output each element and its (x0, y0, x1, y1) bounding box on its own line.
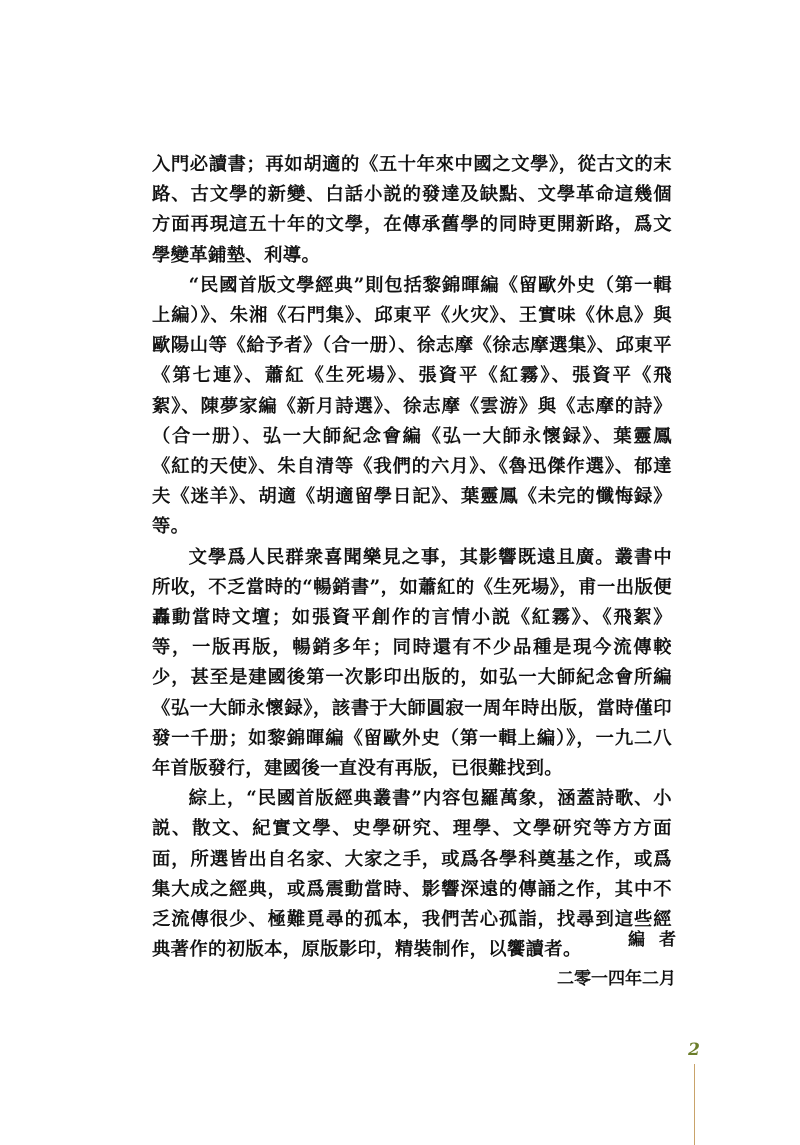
signature-block: 編者 二零一四年二月 (557, 925, 676, 994)
document-body: 入門必讀書；再如胡適的《五十年來中國之文學》，從古文的末路、古文學的新變、白話小… (152, 150, 672, 965)
page-margin-rule (694, 1064, 695, 1145)
signature-date: 二零一四年二月 (557, 964, 676, 994)
paragraph-3: 文學爲人民群衆喜聞樂見之事，其影響既遠且廣。叢書中所收，不乏當時的“暢銷書”，如… (152, 543, 672, 785)
paragraph-1: 入門必讀書；再如胡適的《五十年來中國之文學》，從古文的末路、古文學的新變、白話小… (152, 150, 672, 271)
page-number: 2 (687, 1040, 701, 1060)
paragraph-2: “民國首版文學經典”則包括黎錦暉編《留歐外史（第一輯上編）》、朱湘《石門集》、邱… (152, 271, 672, 543)
signature-author: 編者 (557, 925, 690, 955)
